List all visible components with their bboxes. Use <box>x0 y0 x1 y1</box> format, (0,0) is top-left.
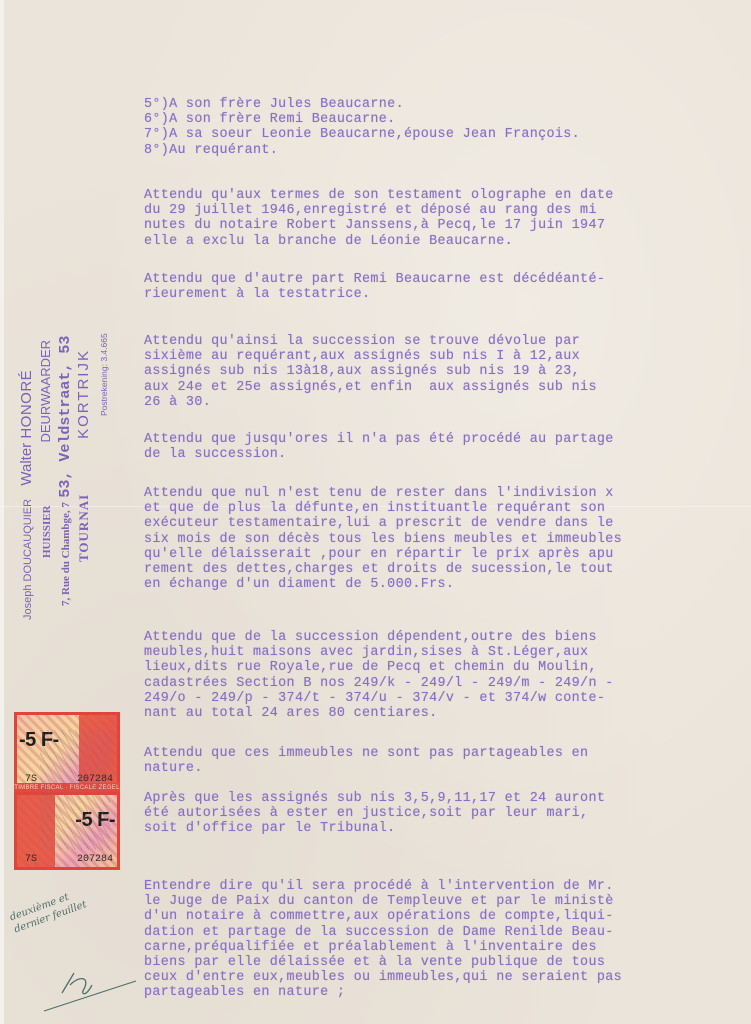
text-line: 8°)Au requérant. <box>144 143 751 158</box>
text-line: meubles,huit maisons avec jardin,sises à… <box>144 645 751 660</box>
old-bailiff-name: Joseph DOUCAUQUIER <box>22 499 34 620</box>
text-line: 6°)A son frère Remi Beaucarne. <box>144 112 751 127</box>
text-line: aux 24e et 25e assignés,et enfin aux ass… <box>144 380 751 395</box>
new-bailiff-city: KORTRIJK <box>75 349 92 439</box>
paragraph-maisons: Attendu que de la succession dépendent,o… <box>144 630 751 721</box>
text-line: 7°)A sa soeur Leonie Beaucarne,épouse Je… <box>144 127 751 142</box>
text-line: assignés sub nis 13à18,aux assignés sub … <box>144 364 751 379</box>
text-line: Attendu que ces immeubles ne sont pas pa… <box>144 746 751 761</box>
text-line: en échange d'un diament de 5.000.Frs. <box>144 577 751 592</box>
old-bailiff-title: HUISSIER <box>41 505 53 558</box>
text-line: le Juge de Paix du canton de Templeuve e… <box>144 894 751 909</box>
text-line: carne,préqualifiée et préalablement à l'… <box>144 940 751 955</box>
text-line: Attendu qu'aux termes de son testament o… <box>144 188 751 203</box>
text-line: qu'elle délaisserait ,pour en répartir l… <box>144 547 751 562</box>
text-line: Entendre dire qu'il sera procédé à l'int… <box>144 879 751 894</box>
fiscal-stamp-2: -5 F- 7S 207284 <box>14 792 120 870</box>
text-line: Attendu qu'ainsi la succession se trouve… <box>144 334 751 349</box>
text-line: cadastrées Section B nos 249/k - 249/l -… <box>144 676 751 691</box>
text-line: 26 à 30. <box>144 395 751 410</box>
text-line: ceux d'entre eux,meubles ou immeubles,qu… <box>144 970 751 985</box>
text-line: soit d'office par le Tribunal. <box>144 821 751 836</box>
paragraph-remi: Attendu que d'autre part Remi Beaucarne … <box>144 272 751 302</box>
stamp-value: -5 F- <box>19 729 59 752</box>
text-line: 5°)A son frère Jules Beaucarne. <box>144 97 751 112</box>
text-line: d'un notaire à commettre,aux opérations … <box>144 909 751 924</box>
text-line: Attendu que de la succession dépendent,o… <box>144 630 751 645</box>
text-line: rieurement à la testatrice. <box>144 287 751 302</box>
text-line: elle a exclu la branche de Léonie Beauca… <box>144 234 751 249</box>
paragraph-indivision: Attendu que nul n'est tenu de rester dan… <box>144 486 751 592</box>
paragraph-entendre: Entendre dire qu'il sera procédé à l'int… <box>144 879 751 1001</box>
text-line: dation et partage de la succession de Da… <box>144 925 751 940</box>
text-line: nutes du notaire Robert Janssens,à Pecq,… <box>144 218 751 233</box>
text-line: nature. <box>144 761 751 776</box>
bailiff-stamp: Joseph DOUCAUQUIER Walter HONORÉ HUISSIE… <box>18 333 113 620</box>
old-bailiff-city: TOURNAI <box>76 494 91 562</box>
text-line: six mois de son décès tous les biens meu… <box>144 532 751 547</box>
text-line: Attendu que nul n'est tenu de rester dan… <box>144 486 751 501</box>
paragraph-list: 5°)A son frère Jules Beaucarne.6°)A son … <box>144 97 751 158</box>
new-bailiff-title: DEURWAARDER <box>38 340 53 443</box>
text-line: Attendu que d'autre part Remi Beaucarne … <box>144 272 751 287</box>
text-line: de la succession. <box>144 447 751 462</box>
initials-signature-icon <box>40 955 140 1015</box>
text-line: biens par elle délaissée et à la vente p… <box>144 955 751 970</box>
text-line: du 29 juillet 1946,enregistré et déposé … <box>144 203 751 218</box>
old-bailiff-address: 7, Rue du Chambge, 7 <box>60 502 72 606</box>
paragraph-devolue: Attendu qu'ainsi la succession se trouve… <box>144 334 751 410</box>
text-line: sixième au requérant,aux assignés sub ni… <box>144 349 751 364</box>
stamp-serial: 207284 <box>77 854 113 865</box>
text-line: lieux,dits rue Royale,rue de Pecq et che… <box>144 660 751 675</box>
text-line: rement des dettes,charges et droits de s… <box>144 562 751 577</box>
text-line: exécuteur testamentaire,lui a prescrit d… <box>144 516 751 531</box>
paper-edge <box>0 0 4 1024</box>
text-line: Après que les assignés sub nis 3,5,9,11,… <box>144 791 751 806</box>
text-line: été autorisées à ester en justice,soit p… <box>144 806 751 821</box>
stamp-value: -5 F- <box>75 809 115 832</box>
text-line: et que de plus la défunte,en instituantl… <box>144 501 751 516</box>
new-bailiff-address: 53, Veldstraat, 53 <box>57 336 74 498</box>
text-line: nant au total 24 ares 80 centiares. <box>144 706 751 721</box>
text-line: partageables en nature ; <box>144 985 751 1000</box>
paragraph-nature: Attendu que ces immeubles ne sont pas pa… <box>144 746 751 776</box>
postal-account: Postrekening: 3.4.665 <box>99 333 109 416</box>
paragraph-testament: Attendu qu'aux termes de son testament o… <box>144 188 751 249</box>
stamp-prefix: 7S <box>25 854 37 865</box>
text-line: Attendu que jusqu'ores il n'a pas été pr… <box>144 432 751 447</box>
new-bailiff-name: Walter HONORÉ <box>18 370 35 486</box>
text-line: 249/o - 249/p - 374/t - 374/u - 374/v - … <box>144 691 751 706</box>
paragraph-apres: Après que les assignés sub nis 3,5,9,11,… <box>144 791 751 837</box>
paragraph-partage: Attendu que jusqu'ores il n'a pas été pr… <box>144 432 751 462</box>
fiscal-stamp-1: -5 F- 7S 207284 <box>14 712 120 790</box>
